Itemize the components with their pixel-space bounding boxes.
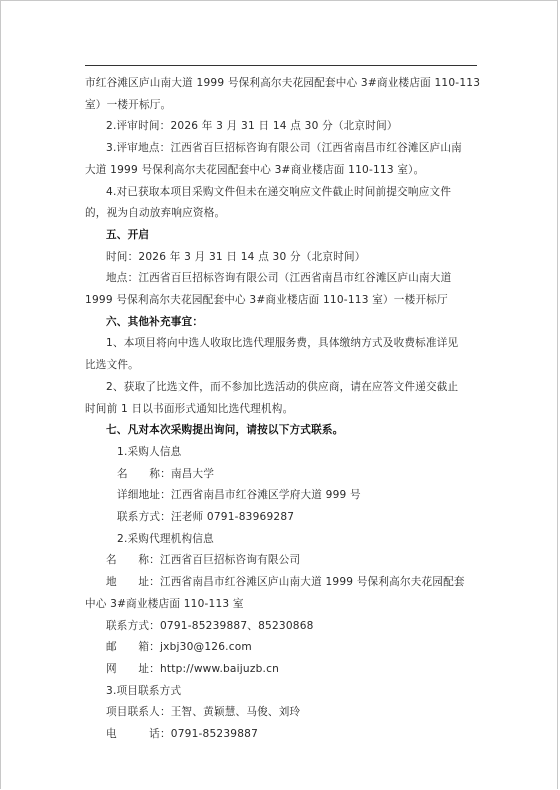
agency-phone: 联系方式：0791-85239887、85230868 xyxy=(85,616,478,638)
review-time: 2.评审时间：2026 年 3 月 31 日 14 点 30 分（北京时间） xyxy=(85,116,478,138)
agency-name: 名 称：江西省百巨招标咨询有限公司 xyxy=(85,550,478,572)
text-line: 比选文件。 xyxy=(85,355,478,377)
project-contact-heading: 3.项目联系方式 xyxy=(85,681,478,703)
text-line: 室）一楼开标厅。 xyxy=(85,95,478,117)
project-phone: 电 话：0791-85239887 xyxy=(85,724,478,746)
agency-email: 邮 箱：jxbj30@126.com xyxy=(85,637,478,659)
document-page: 市红谷滩区庐山南大道 1999 号保利高尔夫花园配套中心 3#商业楼店面 110… xyxy=(0,0,558,789)
header-rule xyxy=(85,65,477,66)
text-line: 市红谷滩区庐山南大道 1999 号保利高尔夫花园配套中心 3#商业楼店面 110… xyxy=(85,73,478,95)
agency-website: 网 址：http://www.baijuzb.cn xyxy=(85,659,478,681)
text-line: 的，视为自动放弃响应资格。 xyxy=(85,203,478,225)
opening-time: 时间：2026 年 3 月 31 日 14 点 30 分（北京时间） xyxy=(85,247,478,269)
section-heading-opening: 五、开启 xyxy=(85,225,478,247)
section-heading-contact: 七、凡对本次采购提出询问，请按以下方式联系。 xyxy=(85,420,478,442)
purchaser-info-heading: 1.采购人信息 xyxy=(85,442,478,464)
opening-location: 地点：江西省百巨招标咨询有限公司（江西省南昌市红谷滩区庐山南大道 xyxy=(85,268,478,290)
text-line: 大道 1999 号保利高尔夫花园配套中心 3#商业楼店面 110-113 室）。 xyxy=(85,160,478,182)
purchaser-contact: 联系方式：汪老师 0791-83969287 xyxy=(85,507,478,529)
project-contacts: 项目联系人：王智、黄颖慧、马俊、刘玲 xyxy=(85,702,478,724)
agency-info-heading: 2.采购代理机构信息 xyxy=(85,529,478,551)
purchaser-name: 名 称：南昌大学 xyxy=(85,464,478,486)
purchaser-address: 详细地址：江西省南昌市红谷滩区学府大道 999 号 xyxy=(85,485,478,507)
text-line: 1999 号保利高尔夫花园配套中心 3#商业楼店面 110-113 室）一楼开标… xyxy=(85,290,478,312)
agency-address: 地 址：江西省南昌市红谷滩区庐山南大道 1999 号保利高尔夫花园配套 xyxy=(85,572,478,594)
text-line: 1、本项目将向中选人收取比选代理服务费，具体缴纳方式及收费标准详见 xyxy=(85,333,478,355)
text-line: 2、获取了比选文件，而不参加比选活动的供应商，请在应答文件递交截止 xyxy=(85,377,478,399)
text-line: 时间前 1 日以书面形式通知比选代理机构。 xyxy=(85,399,478,421)
text-line: 4.对已获取本项目采购文件但未在递交响应文件截止时间前提交响应文件 xyxy=(85,182,478,204)
document-body: 市红谷滩区庐山南大道 1999 号保利高尔夫花园配套中心 3#商业楼店面 110… xyxy=(85,73,478,746)
section-heading-other-matters: 六、其他补充事宜： xyxy=(85,312,478,334)
text-line: 中心 3#商业楼店面 110-113 室 xyxy=(85,594,478,616)
review-location: 3.评审地点：江西省百巨招标咨询有限公司（江西省南昌市红谷滩区庐山南 xyxy=(85,138,478,160)
